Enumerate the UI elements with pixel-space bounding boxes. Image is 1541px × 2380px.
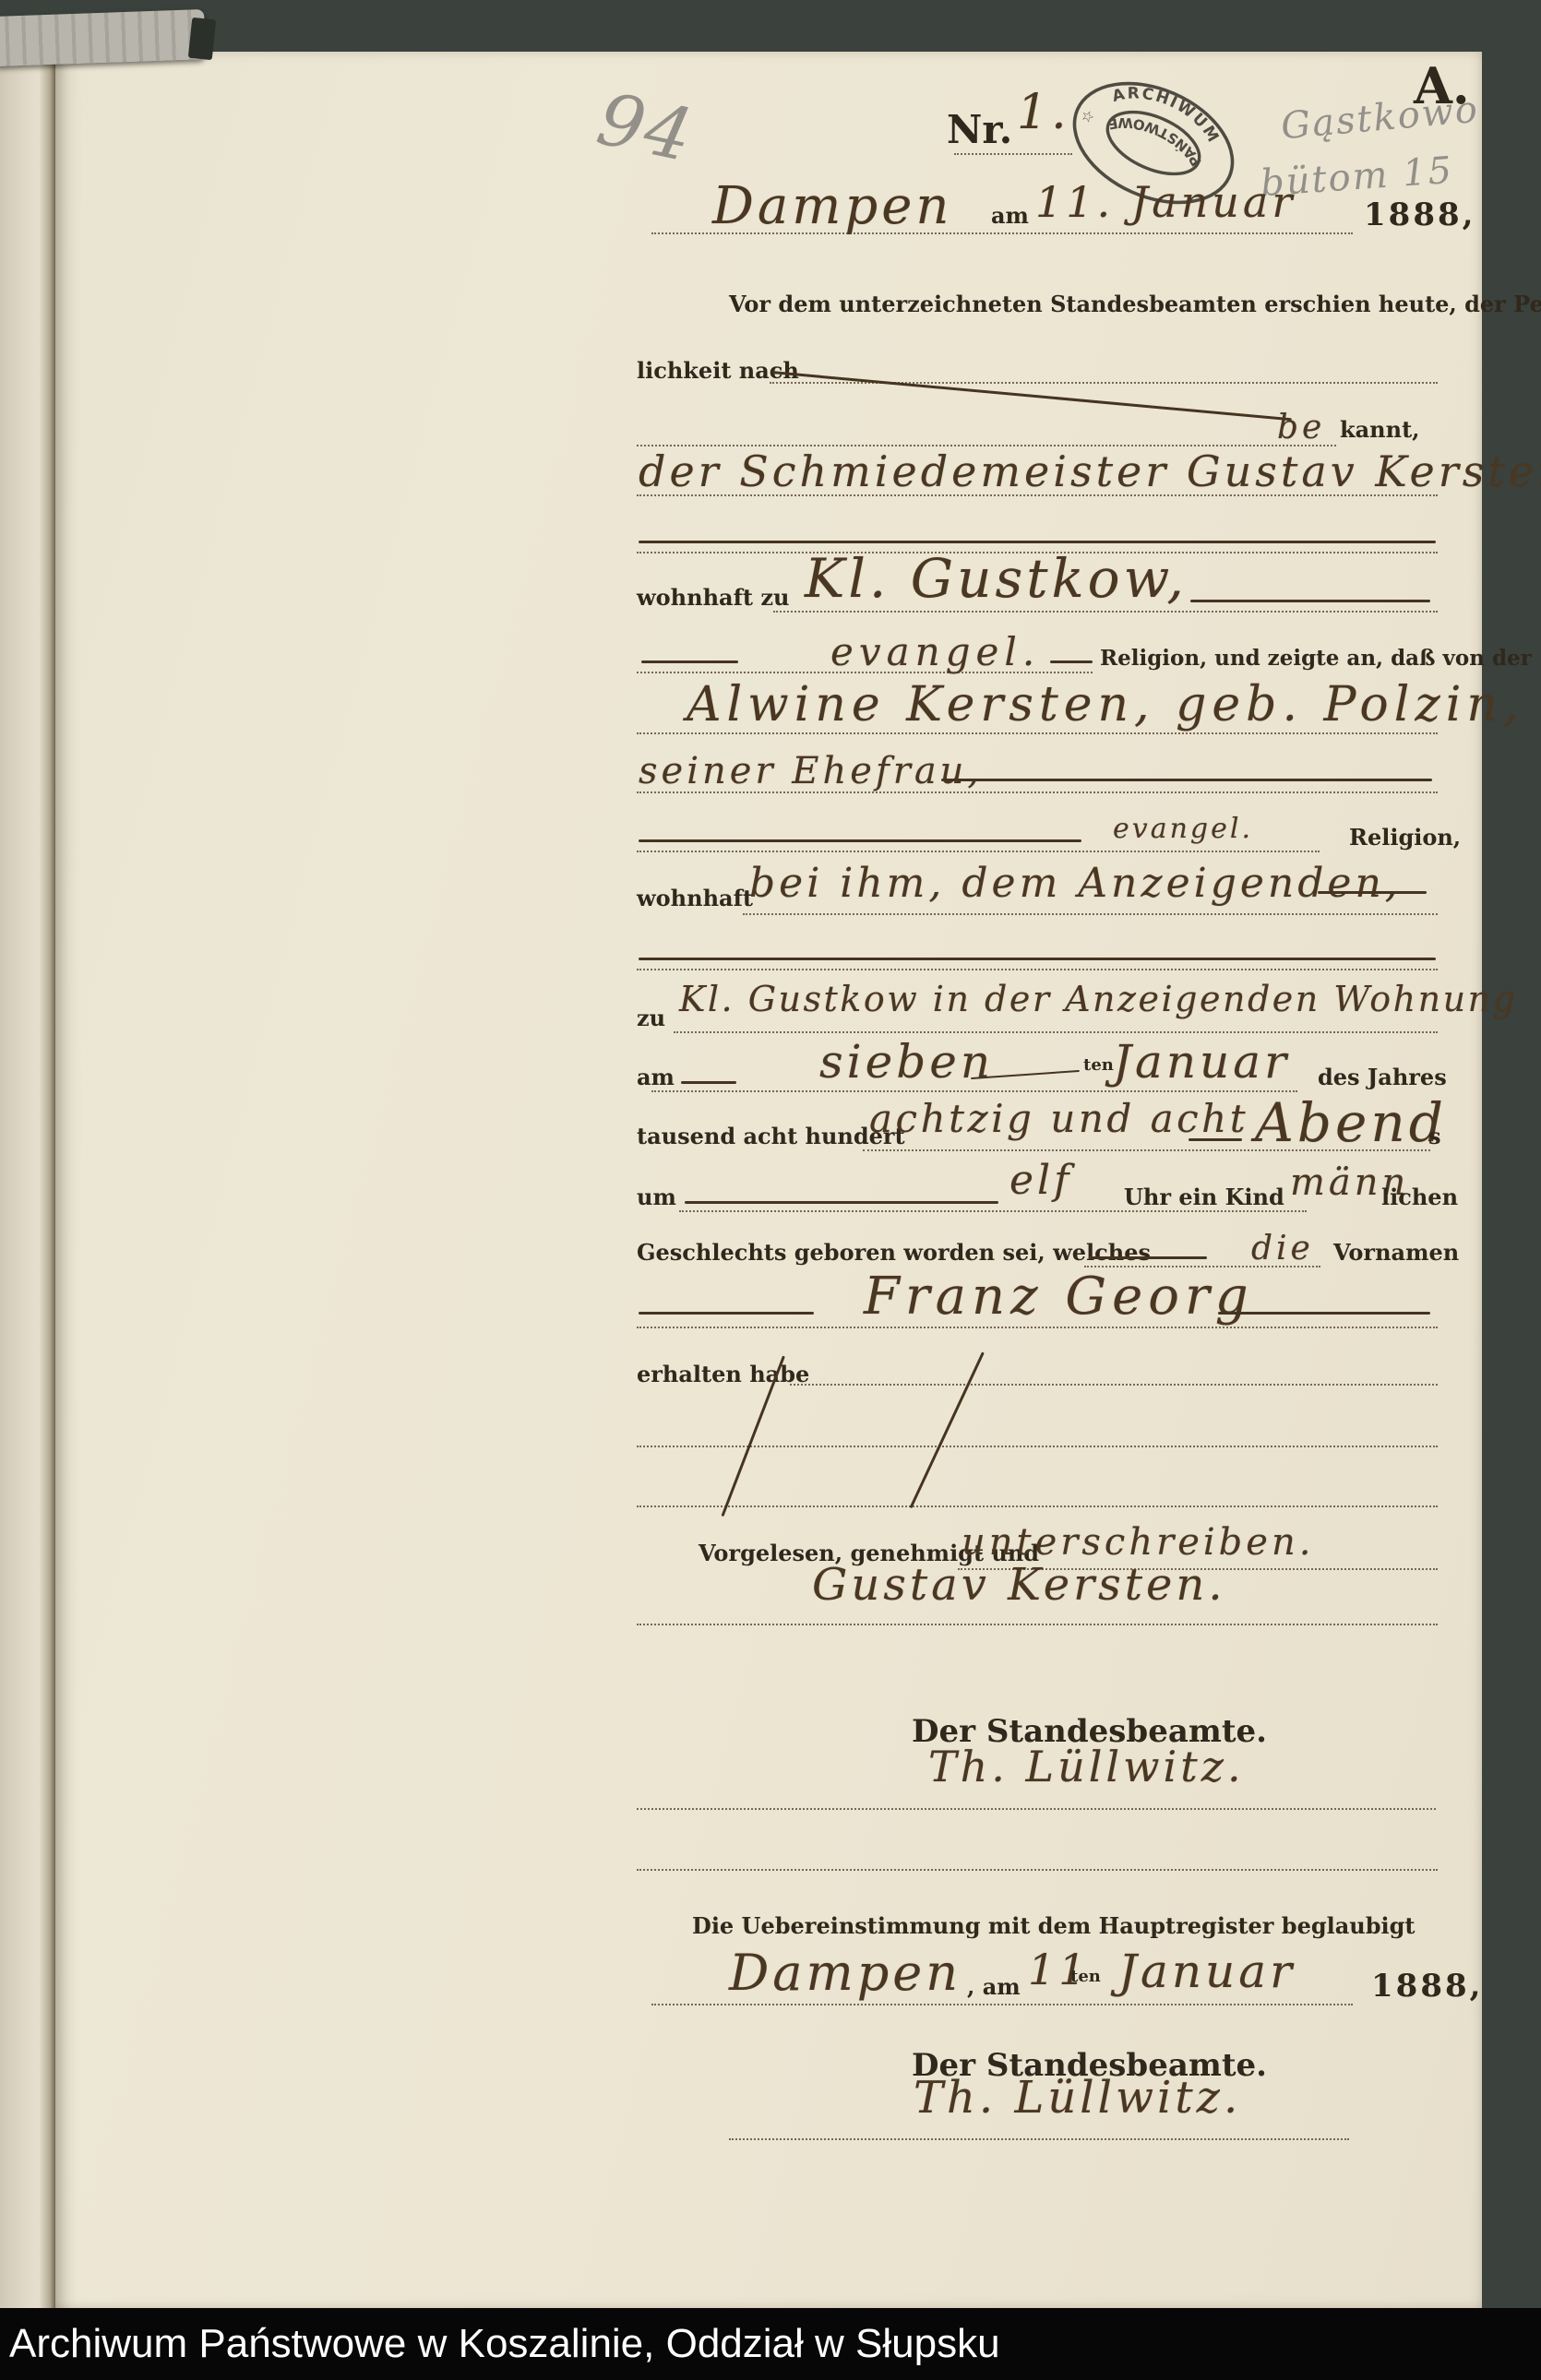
ink-strikethrough xyxy=(639,958,1436,960)
bekannt-handwritten-prefix: be xyxy=(1277,411,1325,445)
religion2-handwritten: evangel. xyxy=(1113,815,1253,843)
dotted-line xyxy=(674,1031,1438,1033)
declarant-signature: Gustav Kersten. xyxy=(812,1563,1226,1607)
archive-caption-bar: Archiwum Państwowe w Koszalinie, Oddział… xyxy=(0,2308,1541,2380)
unterschrieben-handwritten: unterschreiben. xyxy=(962,1524,1314,1561)
certification-ten-superscript: ten xyxy=(1070,1969,1101,1985)
birthplace-handwritten: Kl. Gustkow in der Anzeigenden Wohnung xyxy=(679,982,1517,1017)
des-jahres-label: des Jahres xyxy=(1318,1066,1447,1089)
wohnhaft-zu-label: wohnhaft zu xyxy=(637,587,789,609)
binding-ribbon xyxy=(0,9,206,66)
mother-relation-handwritten: seiner Ehefrau, xyxy=(639,753,983,790)
dotted-line xyxy=(790,1384,1438,1386)
ink-strikethrough xyxy=(1189,1138,1242,1141)
birth-day-handwritten: sieben xyxy=(819,1039,994,1085)
birth-month-handwritten: Januar xyxy=(1113,1039,1290,1085)
dotted-line xyxy=(679,1210,1307,1212)
birth-year-handwritten: achtzig und acht xyxy=(869,1100,1248,1138)
erhalten-habe-label: erhalten habe xyxy=(637,1363,809,1386)
ink-strikethrough xyxy=(941,779,1432,781)
uhr-ein-kind-label: Uhr ein Kind xyxy=(1124,1186,1284,1208)
binding-clasp xyxy=(188,18,216,60)
time-of-day-handwritten: Abend xyxy=(1255,1096,1447,1149)
registrar-signature-1: Th. Lüllwitz. xyxy=(928,1745,1245,1788)
dotted-line xyxy=(637,1505,1438,1507)
dotted-line xyxy=(637,672,1093,673)
dotted-line xyxy=(637,1624,1438,1625)
dotted-line xyxy=(651,1090,1297,1092)
lichen-label: lichen xyxy=(1381,1186,1458,1208)
tausend-label: tausend acht hundert xyxy=(637,1125,905,1148)
dotted-line xyxy=(637,1808,1436,1810)
ink-strikethrough xyxy=(1190,600,1430,602)
archive-caption-text: Archiwum Państwowe w Koszalinie, Oddział… xyxy=(0,2308,1541,2380)
certification-month-handwritten: Januar xyxy=(1118,1948,1296,1994)
religion2-printed: Religion, xyxy=(1349,827,1461,849)
geschlechts-label: Geschlechts geboren worden sei, welches xyxy=(637,1242,1151,1264)
um-label: um xyxy=(637,1186,676,1208)
form-corner-letter: A. xyxy=(1414,61,1470,111)
declarant-handwritten: der Schmiedemeister Gustav Kersten, xyxy=(639,450,1541,493)
dotted-line xyxy=(651,232,1353,234)
ink-strikethrough xyxy=(1218,1312,1430,1315)
head-am-label: am xyxy=(991,205,1029,227)
certification-line: Die Uebereinstimmung mit dem Hauptregist… xyxy=(692,1915,1416,1937)
residence-handwritten: Kl. Gustkow, xyxy=(805,552,1188,605)
die-handwritten: die xyxy=(1251,1232,1314,1266)
scanned-register-page: 94 Nr. 1. ARCHIWUM PAŃSTWOWE ☆ Gąstkowo … xyxy=(0,0,1541,2380)
dotted-line xyxy=(773,611,1438,613)
dotted-line xyxy=(651,2004,1353,2005)
ink-strikethrough xyxy=(1089,1256,1207,1259)
dotted-line xyxy=(637,1327,1438,1328)
dotted-line xyxy=(637,851,1320,852)
ink-strikethrough xyxy=(685,1201,998,1204)
zu-label: zu xyxy=(637,1007,665,1029)
ink-strikethrough xyxy=(681,1081,736,1084)
pencil-folio-number: 94 xyxy=(591,83,699,173)
record-number-label: Nr. xyxy=(947,111,1012,149)
dotted-line xyxy=(637,732,1438,734)
dotted-line xyxy=(863,1149,1430,1151)
head-year: 1888, xyxy=(1364,199,1475,231)
dotted-line xyxy=(954,153,1072,155)
am-label: am xyxy=(637,1066,675,1089)
certification-year: 1888, xyxy=(1371,1970,1483,2002)
vornamen-label: Vornamen xyxy=(1333,1242,1459,1264)
head-date-handwritten: 11. Januar xyxy=(1035,181,1296,223)
stamp-star-icon: ☆ xyxy=(1078,105,1097,126)
intro-line1: Vor dem unterzeichneten Standesbeamten e… xyxy=(729,293,1541,315)
dotted-line xyxy=(729,2138,1349,2140)
registrar-signature-2: Th. Lüllwitz. xyxy=(914,2076,1241,2120)
s-suffix: s xyxy=(1428,1125,1441,1148)
book-page-edges xyxy=(0,54,55,2308)
dotted-line xyxy=(637,969,1438,970)
dotted-line xyxy=(637,494,1438,496)
ink-strikethrough xyxy=(639,1312,814,1315)
dotted-line xyxy=(637,1869,1438,1871)
ink-strikethrough xyxy=(639,541,1436,543)
ink-strikethrough xyxy=(1318,891,1427,894)
wohnhaft2-handwritten: bei ihm, dem Anzeigenden, xyxy=(749,863,1402,904)
religion1-printed: Religion, und zeigte an, daß von der xyxy=(1100,648,1532,669)
mother-handwritten: Alwine Kersten, geb. Polzin, xyxy=(687,681,1523,729)
ten-superscript: ten xyxy=(1083,1057,1114,1074)
dotted-line xyxy=(637,1446,1438,1447)
given-names-handwritten: Franz Georg xyxy=(864,1271,1254,1323)
dotted-line xyxy=(743,913,1438,915)
ink-strikethrough xyxy=(1050,660,1093,663)
birth-hour-handwritten: elf xyxy=(1009,1160,1072,1201)
certification-am-label: , am xyxy=(967,1976,1021,1998)
ink-strikethrough xyxy=(641,660,738,663)
religion1-handwritten: evangel. xyxy=(830,633,1040,672)
bekannt-printed: kannt, xyxy=(1340,419,1420,441)
dotted-line xyxy=(637,791,1438,793)
ink-strikethrough xyxy=(639,839,1081,842)
head-place-handwritten: Dampen xyxy=(712,181,952,232)
certification-place-handwritten: Dampen xyxy=(729,1948,962,1998)
wohnhaft2-label: wohnhaft xyxy=(637,887,753,910)
